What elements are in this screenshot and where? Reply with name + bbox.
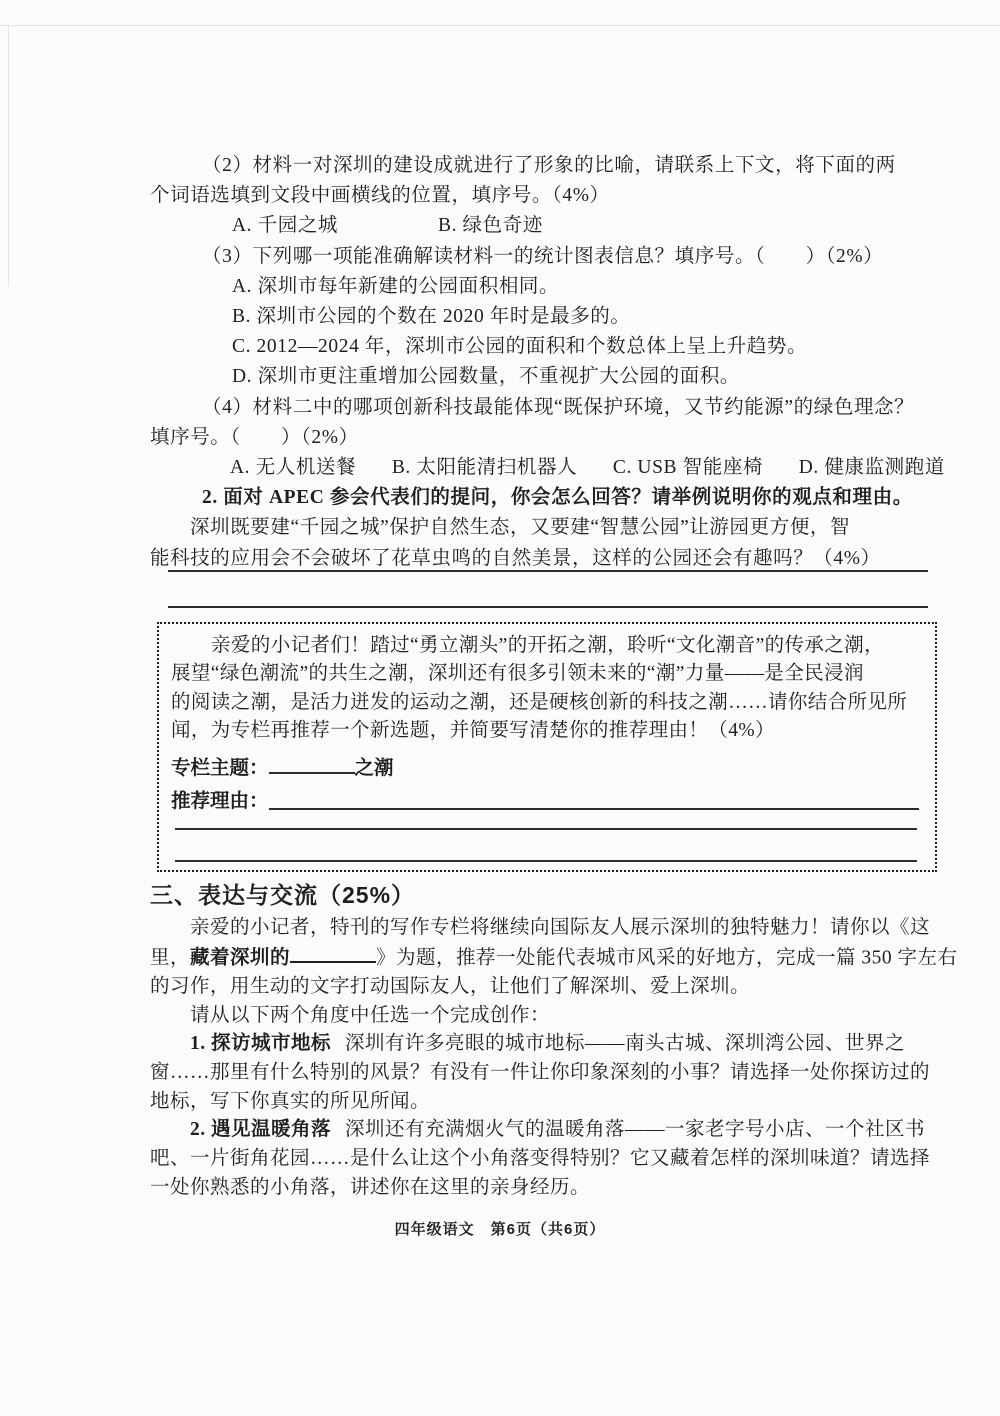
- question-3-option-d: D. 深圳市更注重增加公园数量，不重视扩大公园的面积。: [150, 362, 945, 392]
- title-bold-part: 藏着深圳的: [190, 947, 290, 968]
- page-footer: 四年级语文 第6页（共6页）: [0, 1218, 1000, 1239]
- angle-1-line-3: 地标，写下你真实的所见所闻。: [150, 1088, 950, 1117]
- writing-intro-line-3: 的习作，用生动的文字打动国际友人，让他们了解深圳、爱上深圳。: [150, 973, 950, 1002]
- title-pre: 里，: [150, 947, 190, 968]
- essay-title-blank: [290, 943, 376, 963]
- question-3-stem: （3）下列哪一项能准确解读材料一的统计图表信息？填序号。（ ）（2%）: [150, 242, 945, 272]
- angle-1-lead: 1. 探访城市地标: [190, 1033, 331, 1054]
- box-paragraph-line-3: 的阅读之潮，是活力迸发的运动之潮，还是硬核创新的科技之潮……请你结合所见所: [171, 689, 927, 717]
- recommend-reason-row: 推荐理由：: [171, 785, 919, 813]
- box-paragraph-line-4: 闻，为专栏再推荐一个新选题，并简要写清楚你的推荐理由！（4%）: [171, 717, 927, 745]
- answer-rule-line-1: [168, 570, 928, 572]
- option-a-qianyuan: A. 千园之城: [232, 211, 438, 241]
- angle-1-line-2: 窗……那里有什么特别的风景？有没有一件让你印象深刻的小事？请选择一处你探访过的: [150, 1059, 950, 1088]
- column-topic-box: 亲爱的小记者们！踏过“勇立潮头”的开拓之潮，聆听“文化潮音”的传承之潮， 展望“…: [157, 622, 937, 872]
- reading-questions-block: （2）材料一对深圳的建设成就进行了形象的比喻，请联系上下文，将下面的两 个词语选…: [150, 151, 945, 574]
- reason-label: 推荐理由：: [171, 785, 269, 813]
- question-2-line-1: （2）材料一对深圳的建设成就进行了形象的比喻，请联系上下文，将下面的两: [150, 151, 945, 181]
- section-3-title: 三、表达与交流（25%）: [150, 877, 415, 910]
- angle-2-line-1: 2. 遇见温暖角落深圳还有充满烟火气的温暖角落——一家老字号小店、一个社区书: [150, 1116, 950, 1145]
- question-3-option-b: B. 深圳市公园的个数在 2020 年时是最多的。: [150, 302, 945, 332]
- column-theme-row: 专栏主题：之潮: [171, 752, 394, 780]
- choose-angle-line: 请从以下两个角度中任选一个完成创作：: [150, 1002, 950, 1031]
- option-d-health-track: D. 健康监测跑道: [799, 453, 945, 483]
- answer-rule-line-2: [168, 606, 928, 608]
- question-2-line-2: 个词语选填到文段中画横线的位置，填序号。（4%）: [150, 181, 945, 211]
- big-question-2-stem: 2. 面对 APEC 参会代表们的提问，你会怎么回答？请举例说明你的观点和理由。: [150, 483, 945, 513]
- option-b-solar-robot: B. 太阳能清扫机器人: [392, 453, 577, 483]
- question-3-option-a: A. 深圳市每年新建的公园面积相同。: [150, 272, 945, 302]
- writing-intro-line-2: 里，藏着深圳的》为题，推荐一处能代表城市风采的好地方，完成一篇 350 字左右: [150, 943, 950, 973]
- angle-1-line-1: 1. 探访城市地标深圳有许多亮眼的城市地标——南头古城、深圳湾公园、世界之: [150, 1030, 950, 1059]
- angle-2-text: 深圳还有充满烟火气的温暖角落——一家老字号小店、一个社区书: [345, 1119, 925, 1140]
- reason-fill-line: [269, 785, 919, 810]
- theme-fill-blank: [269, 754, 355, 774]
- question-4-stem-line-1: （4）材料二中的哪项创新科技最能体现“既保护环境，又节约能源”的绿色理念？: [150, 393, 945, 423]
- big-question-2-context-line-1: 深圳既要建“千园之城”保护自然生态，又要建“智慧公园”让游园更方便，智: [150, 513, 945, 543]
- writing-task-block: 亲爱的小记者，特刊的写作专栏将继续向国际友人展示深圳的独特魅力！请你以《这 里，…: [150, 914, 950, 1203]
- question-2-options: A. 千园之城B. 绿色奇迹: [150, 211, 945, 241]
- title-post: 》为题，推荐一处能代表城市风采的好地方，完成一篇 350 字左右: [376, 947, 958, 968]
- question-3-option-c: C. 2012—2024 年，深圳市公园的面积和个数总体上呈上升趋势。: [150, 332, 945, 362]
- scan-edge-artifact: [8, 26, 9, 286]
- box-rule-line-2: [175, 860, 917, 862]
- angle-1-text: 深圳有许多亮眼的城市地标——南头古城、深圳湾公园、世界之: [345, 1033, 905, 1054]
- box-paragraph-line-2: 展望“绿色潮流”的共生之潮，深圳还有很多引领未来的“潮”力量——是全民浸润: [171, 660, 927, 688]
- option-a-drone: A. 无人机送餐: [230, 453, 356, 483]
- scan-edge-artifact: [0, 25, 1000, 26]
- theme-label: 专栏主题：: [171, 758, 269, 779]
- question-4-options: A. 无人机送餐 B. 太阳能清扫机器人 C. USB 智能座椅 D. 健康监测…: [150, 453, 945, 483]
- option-c-usb-bench: C. USB 智能座椅: [613, 453, 763, 483]
- angle-2-lead: 2. 遇见温暖角落: [190, 1119, 331, 1140]
- box-rule-line-1: [175, 828, 917, 830]
- exam-paper-page: { "colors": { "ink": "#1f1f1f", "paper":…: [0, 0, 1000, 1416]
- column-topic-paragraph: 亲爱的小记者们！踏过“勇立潮头”的开拓之潮，聆听“文化潮音”的传承之潮， 展望“…: [171, 632, 927, 746]
- option-b-lvse: B. 绿色奇迹: [438, 215, 543, 236]
- box-paragraph-line-1: 亲爱的小记者们！踏过“勇立潮头”的开拓之潮，聆听“文化潮音”的传承之潮，: [171, 632, 927, 660]
- angle-2-line-3: 一处你熟悉的小角落，讲述你在这里的亲身经历。: [150, 1174, 950, 1203]
- writing-intro-line-1: 亲爱的小记者，特刊的写作专栏将继续向国际友人展示深圳的独特魅力！请你以《这: [150, 914, 950, 943]
- question-4-stem-line-2: 填序号。（ ）（2%）: [150, 423, 945, 453]
- angle-2-line-2: 吧、一片街角花园……是什么让这个小角落变得特别？它又藏着怎样的深圳味道？请选择: [150, 1145, 950, 1174]
- theme-suffix: 之潮: [355, 758, 394, 779]
